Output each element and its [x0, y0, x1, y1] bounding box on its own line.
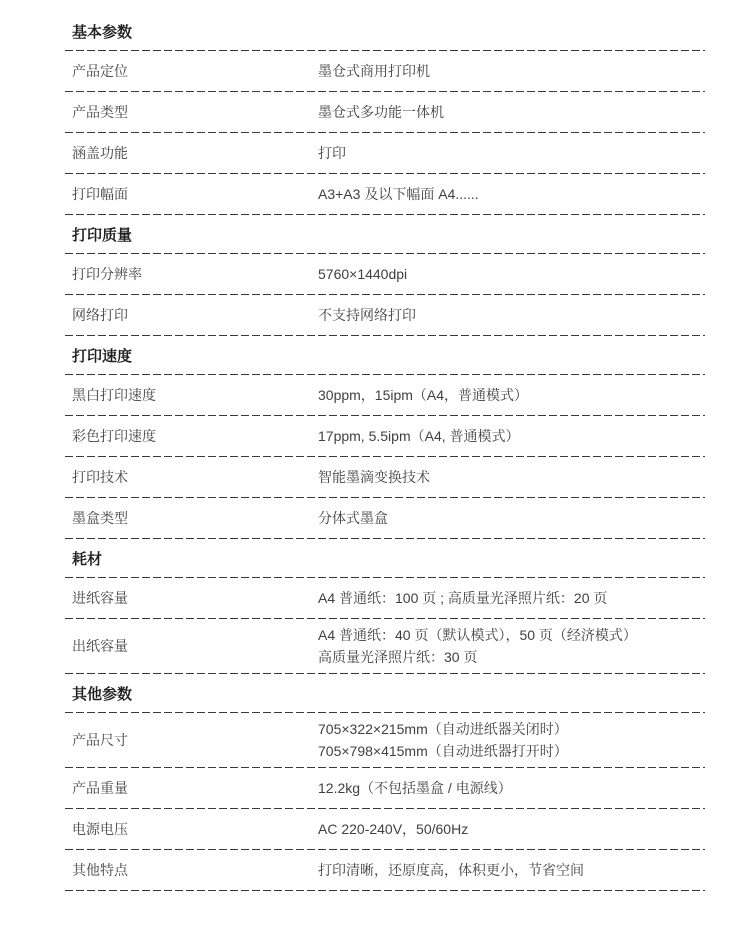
spec-label: 电源电压 — [65, 819, 318, 839]
spec-label: 产品重量 — [65, 778, 318, 798]
section-title: 打印速度 — [65, 336, 705, 374]
spec-label: 墨盒类型 — [65, 508, 318, 528]
spec-value: 30ppm，15ipm（A4，普通模式） — [318, 385, 705, 405]
spec-value: 打印 — [318, 143, 705, 163]
spec-value: 墨仓式商用打印机 — [318, 61, 705, 81]
spec-table: 基本参数 产品定位 墨仓式商用打印机 产品类型 墨仓式多功能一体机 涵盖功能 打… — [65, 12, 705, 891]
spec-value-line: 705×798×415mm（自动进纸器打开时） — [318, 740, 705, 762]
spec-row: 产品重量 12.2kg（不包括墨盒 / 电源线） — [65, 768, 705, 808]
section-title: 耗材 — [65, 539, 705, 577]
spec-value: 5760×1440dpi — [318, 264, 705, 284]
spec-label: 彩色打印速度 — [65, 426, 318, 446]
spec-value: 不支持网络打印 — [318, 305, 705, 325]
spec-value: 705×322×215mm（自动进纸器关闭时） 705×798×415mm（自动… — [318, 718, 705, 762]
spec-row: 黑白打印速度 30ppm，15ipm（A4，普通模式） — [65, 375, 705, 415]
spec-label: 产品定位 — [65, 61, 318, 81]
spec-label: 其他特点 — [65, 860, 318, 880]
spec-label: 黑白打印速度 — [65, 385, 318, 405]
spec-value-line: 705×322×215mm（自动进纸器关闭时） — [318, 718, 705, 740]
spec-row: 进纸容量 A4 普通纸：100 页 ; 高质量光泽照片纸：20 页 — [65, 578, 705, 618]
spec-label: 打印技术 — [65, 467, 318, 487]
section-title: 其他参数 — [65, 674, 705, 712]
spec-label: 出纸容量 — [65, 636, 318, 656]
spec-row: 彩色打印速度 17ppm, 5.5ipm（A4, 普通模式） — [65, 416, 705, 456]
spec-row: 产品尺寸 705×322×215mm（自动进纸器关闭时） 705×798×415… — [65, 713, 705, 767]
spec-label: 网络打印 — [65, 305, 318, 325]
spec-value: 分体式墨盒 — [318, 508, 705, 528]
spec-value-line: 高质量光泽照片纸：30 页 — [318, 646, 705, 668]
spec-value: 打印清晰，还原度高，体积更小，节省空间 — [318, 860, 705, 880]
section-basic-params: 基本参数 产品定位 墨仓式商用打印机 产品类型 墨仓式多功能一体机 涵盖功能 打… — [65, 12, 705, 215]
section-title: 打印质量 — [65, 215, 705, 253]
spec-label: 产品类型 — [65, 102, 318, 122]
spec-row: 其他特点 打印清晰，还原度高，体积更小，节省空间 — [65, 850, 705, 890]
spec-label: 产品尺寸 — [65, 730, 318, 750]
section-consumables: 耗材 进纸容量 A4 普通纸：100 页 ; 高质量光泽照片纸：20 页 出纸容… — [65, 539, 705, 674]
spec-value: AC 220-240V，50/60Hz — [318, 819, 705, 839]
section-title: 基本参数 — [65, 12, 705, 50]
section-other-params: 其他参数 产品尺寸 705×322×215mm（自动进纸器关闭时） 705×79… — [65, 674, 705, 891]
spec-row: 产品定位 墨仓式商用打印机 — [65, 51, 705, 91]
spec-row: 网络打印 不支持网络打印 — [65, 295, 705, 335]
spec-row: 涵盖功能 打印 — [65, 133, 705, 173]
spec-label: 打印幅面 — [65, 184, 318, 204]
spec-row: 出纸容量 A4 普通纸：40 页（默认模式），50 页（经济模式） 高质量光泽照… — [65, 619, 705, 673]
spec-label: 涵盖功能 — [65, 143, 318, 163]
spec-value: A4 普通纸：100 页 ; 高质量光泽照片纸：20 页 — [318, 588, 705, 608]
spec-value: 墨仓式多功能一体机 — [318, 102, 705, 122]
spec-value: 智能墨滴变换技术 — [318, 467, 705, 487]
section-print-speed: 打印速度 黑白打印速度 30ppm，15ipm（A4，普通模式） 彩色打印速度 … — [65, 336, 705, 539]
spec-label: 打印分辨率 — [65, 264, 318, 284]
spec-row: 打印技术 智能墨滴变换技术 — [65, 457, 705, 497]
spec-value: 17ppm, 5.5ipm（A4, 普通模式） — [318, 426, 705, 446]
divider — [65, 890, 705, 891]
spec-row: 打印分辨率 5760×1440dpi — [65, 254, 705, 294]
spec-value: A3+A3 及以下幅面 A4...... — [318, 184, 705, 204]
spec-value-line: A4 普通纸：40 页（默认模式），50 页（经济模式） — [318, 624, 705, 646]
spec-value: A4 普通纸：40 页（默认模式），50 页（经济模式） 高质量光泽照片纸：30… — [318, 624, 705, 668]
spec-label: 进纸容量 — [65, 588, 318, 608]
section-print-quality: 打印质量 打印分辨率 5760×1440dpi 网络打印 不支持网络打印 — [65, 215, 705, 336]
spec-value: 12.2kg（不包括墨盒 / 电源线） — [318, 778, 705, 798]
spec-row: 打印幅面 A3+A3 及以下幅面 A4...... — [65, 174, 705, 214]
spec-row: 墨盒类型 分体式墨盒 — [65, 498, 705, 538]
spec-row: 电源电压 AC 220-240V，50/60Hz — [65, 809, 705, 849]
spec-row: 产品类型 墨仓式多功能一体机 — [65, 92, 705, 132]
